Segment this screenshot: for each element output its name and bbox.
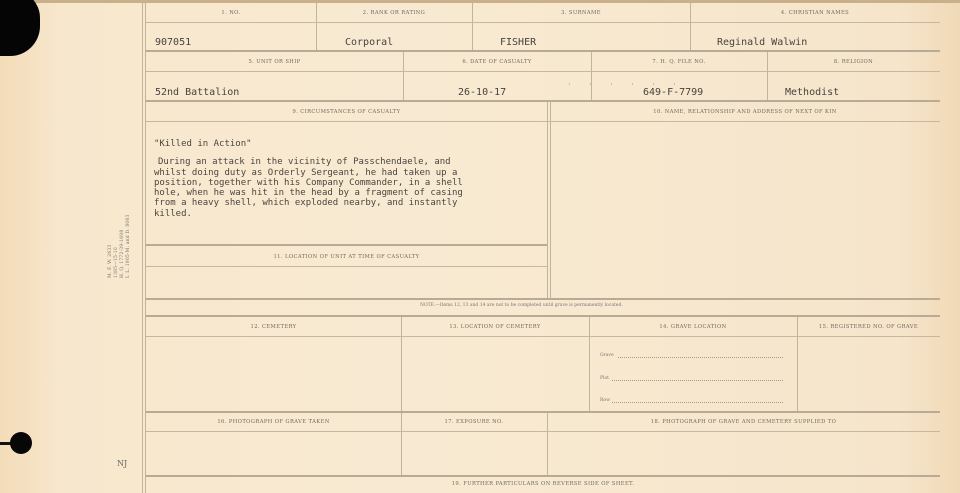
card-top-edge: [0, 0, 960, 3]
label-date-of-casualty: 6. Date of Casualty: [403, 59, 591, 65]
label-grave-location: 14. Grave Location: [589, 324, 797, 330]
divider: [547, 102, 548, 298]
rule: [146, 121, 940, 122]
plot-label: Plot: [600, 376, 609, 381]
label-registered-no: 15. Registered No. of Grave: [797, 324, 940, 330]
printer-stamp: M. F. W. 2633 1385—15-10 H. Q. 1772-39-1…: [108, 214, 132, 278]
rule: [146, 431, 940, 432]
label-next-of-kin: 10. Name, Relationship and Address of Ne…: [550, 109, 940, 115]
rule: [146, 315, 940, 317]
grave-label: Grave: [600, 353, 614, 358]
value-hq-file-no: 649-F-7799: [643, 87, 703, 98]
value-religion: Methodist: [785, 87, 839, 98]
rule: [146, 100, 940, 102]
label-religion: 8. Religion: [767, 59, 940, 65]
rule: [146, 266, 547, 267]
divider: [797, 317, 798, 411]
divider: [589, 317, 590, 411]
value-christian-names: Reginald Walwin: [717, 37, 807, 48]
rule: [146, 411, 940, 413]
row-fill-line: [612, 402, 783, 403]
label-unit: 5. Unit or Ship: [146, 59, 403, 65]
label-christian-names: 4. Christian Names: [690, 10, 940, 16]
rule: [146, 50, 940, 52]
value-surname: FISHER: [500, 37, 536, 48]
rule: [146, 475, 940, 477]
note-text: NOTE.—Items 12, 13 and 14 are not to be …: [420, 303, 623, 308]
label-photograph-supplied: 18. Photograph of Grave and Cemetery Sup…: [547, 419, 940, 425]
left-border: [142, 0, 143, 493]
label-no: 1. No.: [146, 10, 316, 16]
rule: [146, 71, 940, 72]
label-surname: 3. Surname: [472, 10, 690, 16]
label-hq-file-no: 7. H. Q. File No.: [591, 59, 767, 65]
row-label: Row: [600, 398, 610, 403]
rule: [146, 336, 940, 337]
label-further-particulars: 19. Further Particulars on Reverse Side …: [146, 481, 940, 487]
rule: [146, 298, 940, 300]
value-date-of-casualty: 26-10-17: [458, 87, 506, 98]
label-location-of-unit: 11. Location of Unit at Time of Casualty: [146, 254, 547, 260]
rule: [146, 22, 940, 23]
value-no: 907051: [155, 37, 191, 48]
divider: [401, 317, 402, 411]
label-cemetery: 12. Cemetery: [146, 324, 401, 330]
circumstances-text: "Killed in Action" During an attack in t…: [154, 139, 544, 219]
plot-fill-line: [612, 380, 783, 381]
label-location-of-cemetery: 13. Location of Cemetery: [401, 324, 589, 330]
clerk-initials: NJ: [117, 459, 127, 468]
rule: [146, 244, 547, 246]
label-exposure-no: 17. Exposure No.: [401, 419, 547, 425]
label-rank: 2. Rank or Rating: [316, 10, 472, 16]
punch-hole-bottom: [10, 432, 32, 454]
divider: [550, 102, 551, 298]
value-unit: 52nd Battalion: [155, 87, 239, 98]
circumstances-title: "Killed in Action": [154, 139, 544, 149]
stamp-line: I. L. 1905-M. and D. 8063: [126, 214, 132, 278]
label-circumstances: 9. Circumstances of Casualty: [146, 109, 547, 115]
value-rank: Corporal: [345, 37, 393, 48]
grave-fill-line: [618, 357, 783, 358]
label-photograph-taken: 16. Photograph of Grave Taken: [146, 419, 401, 425]
circumstances-body: During an attack in the vicinity of Pass…: [154, 157, 544, 219]
